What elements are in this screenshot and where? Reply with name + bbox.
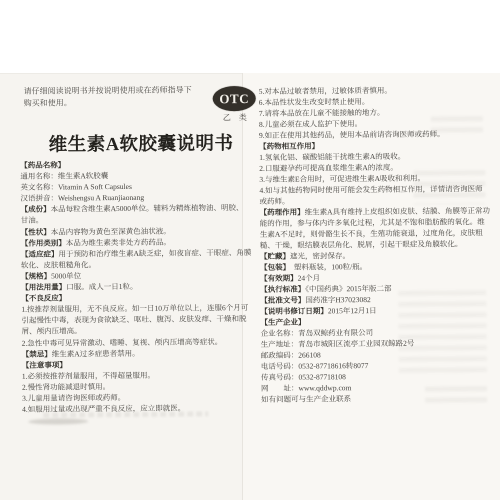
leaflet-title: 维生素A软胶囊说明书 bbox=[27, 129, 255, 157]
leaflet-content: 请仔细阅读说明书并按说明使用或在药师指导下购买和使用。 OTC 乙 类 维生素A… bbox=[0, 0, 500, 500]
text-line: 糙、干燥，眼结膜表层角化、脱屑，引起干眼症及角膜软化。 bbox=[260, 238, 498, 251]
scanned-leaflet: { "header": { "notice_lines": [ "请仔细阅读说明… bbox=[0, 0, 500, 500]
scan-ghosting bbox=[398, 290, 487, 379]
pre-purchase-notice: 请仔细阅读说明书并按说明使用或在药师指导下购买和使用。 bbox=[24, 84, 229, 109]
scan-ghosting bbox=[425, 386, 487, 402]
scan-smudge-text bbox=[43, 411, 208, 417]
scan-ghosting bbox=[431, 116, 483, 138]
scan-smudge bbox=[28, 418, 88, 424]
text-line: 【适应症】用于预防和治疗维生素A缺乏症，如夜盲症、干眼症、角膜 bbox=[21, 247, 257, 260]
otc-class-label: 乙 类 bbox=[209, 112, 261, 123]
text-line: 2.急性中毒可见异常激动、嗜睡、复视、颅内压增高等症状。 bbox=[22, 335, 258, 348]
otc-badge: OTC bbox=[213, 86, 256, 111]
scan-ghosting bbox=[413, 170, 485, 205]
left-column: 【药品名称】通用名称：维生素A软胶囊英文名称：Vitamin A Soft Ca… bbox=[20, 158, 258, 415]
otc-label: OTC bbox=[219, 91, 249, 107]
text-line: 购买和使用。 bbox=[24, 96, 229, 109]
